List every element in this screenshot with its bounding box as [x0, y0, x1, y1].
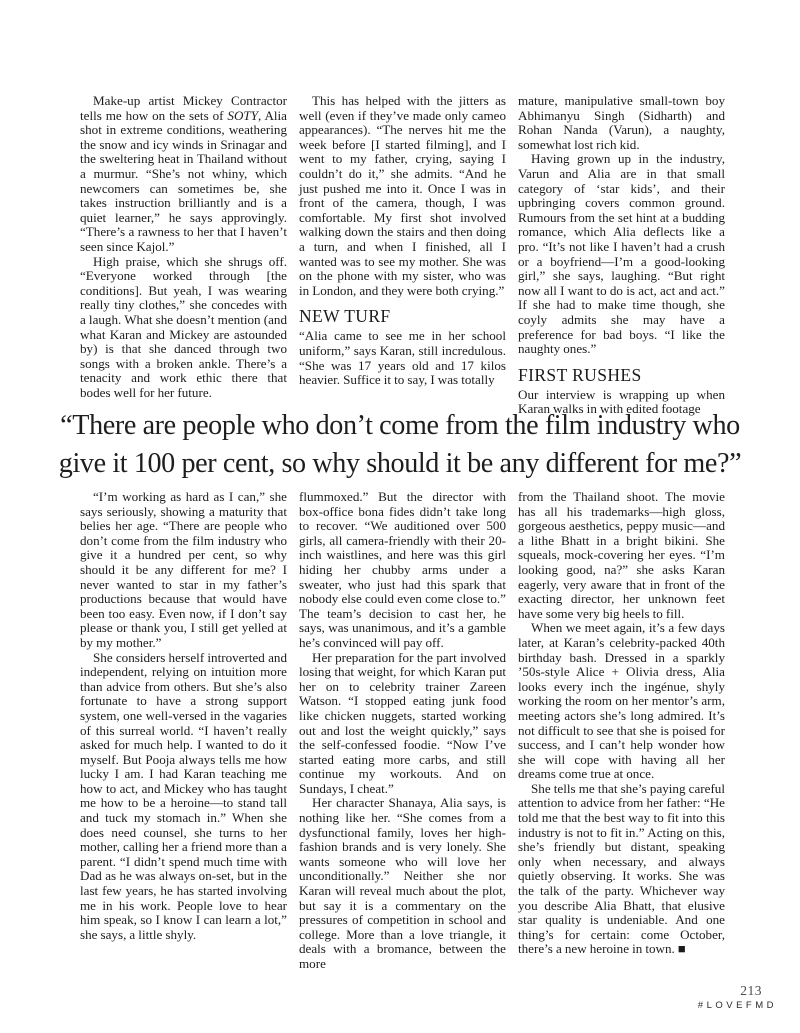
- paragraph: Her character Shanaya, Alia says, is not…: [299, 796, 506, 971]
- text-column: flummoxed.” But the director with box-of…: [299, 490, 506, 972]
- paragraph: mature, manipulative small-town boy Abhi…: [518, 94, 725, 152]
- pull-quote-line-2: give it 100 per cent, so why should it b…: [12, 445, 788, 483]
- paragraph: Having grown up in the industry, Varun a…: [518, 152, 725, 356]
- paragraph: Her preparation for the part involved lo…: [299, 651, 506, 797]
- upper-section: Make-up artist Mickey Contractor tells m…: [80, 94, 726, 417]
- watermark: #LOVEFMD: [698, 1000, 777, 1011]
- paragraph: She considers herself introverted and in…: [80, 651, 287, 943]
- paragraph: flummoxed.” But the director with box-of…: [299, 490, 506, 651]
- text-column: “I’m working as hard as I can,” she says…: [80, 490, 287, 972]
- text-column: Make-up artist Mickey Contractor tells m…: [80, 94, 287, 417]
- paragraph: When we meet again, it’s a few days late…: [518, 621, 725, 782]
- paragraph: She tells me that she’s paying careful a…: [518, 782, 725, 957]
- paragraph: “Alia came to see me in her school unifo…: [299, 329, 506, 387]
- paragraph: This has helped with the jitters as well…: [299, 94, 506, 298]
- text-column: This has helped with the jitters as well…: [299, 94, 506, 417]
- lower-section: “I’m working as hard as I can,” she says…: [80, 490, 726, 972]
- section-heading: FIRST RUSHES: [518, 366, 725, 385]
- text-column: mature, manipulative small-town boy Abhi…: [518, 94, 725, 417]
- pull-quote: “There are people who don’t come from th…: [12, 407, 788, 482]
- text-column: from the Thailand shoot. The movie has a…: [518, 490, 725, 972]
- page-number: 213: [740, 983, 762, 999]
- paragraph: “I’m working as hard as I can,” she says…: [80, 490, 287, 651]
- paragraph: Make-up artist Mickey Contractor tells m…: [80, 94, 287, 255]
- section-heading: NEW TURF: [299, 307, 506, 326]
- paragraph: from the Thailand shoot. The movie has a…: [518, 490, 725, 621]
- paragraph: High praise, which she shrugs off. “Ever…: [80, 255, 287, 401]
- pull-quote-line-1: “There are people who don’t come from th…: [12, 407, 788, 445]
- magazine-page: Make-up artist Mickey Contractor tells m…: [0, 0, 800, 1033]
